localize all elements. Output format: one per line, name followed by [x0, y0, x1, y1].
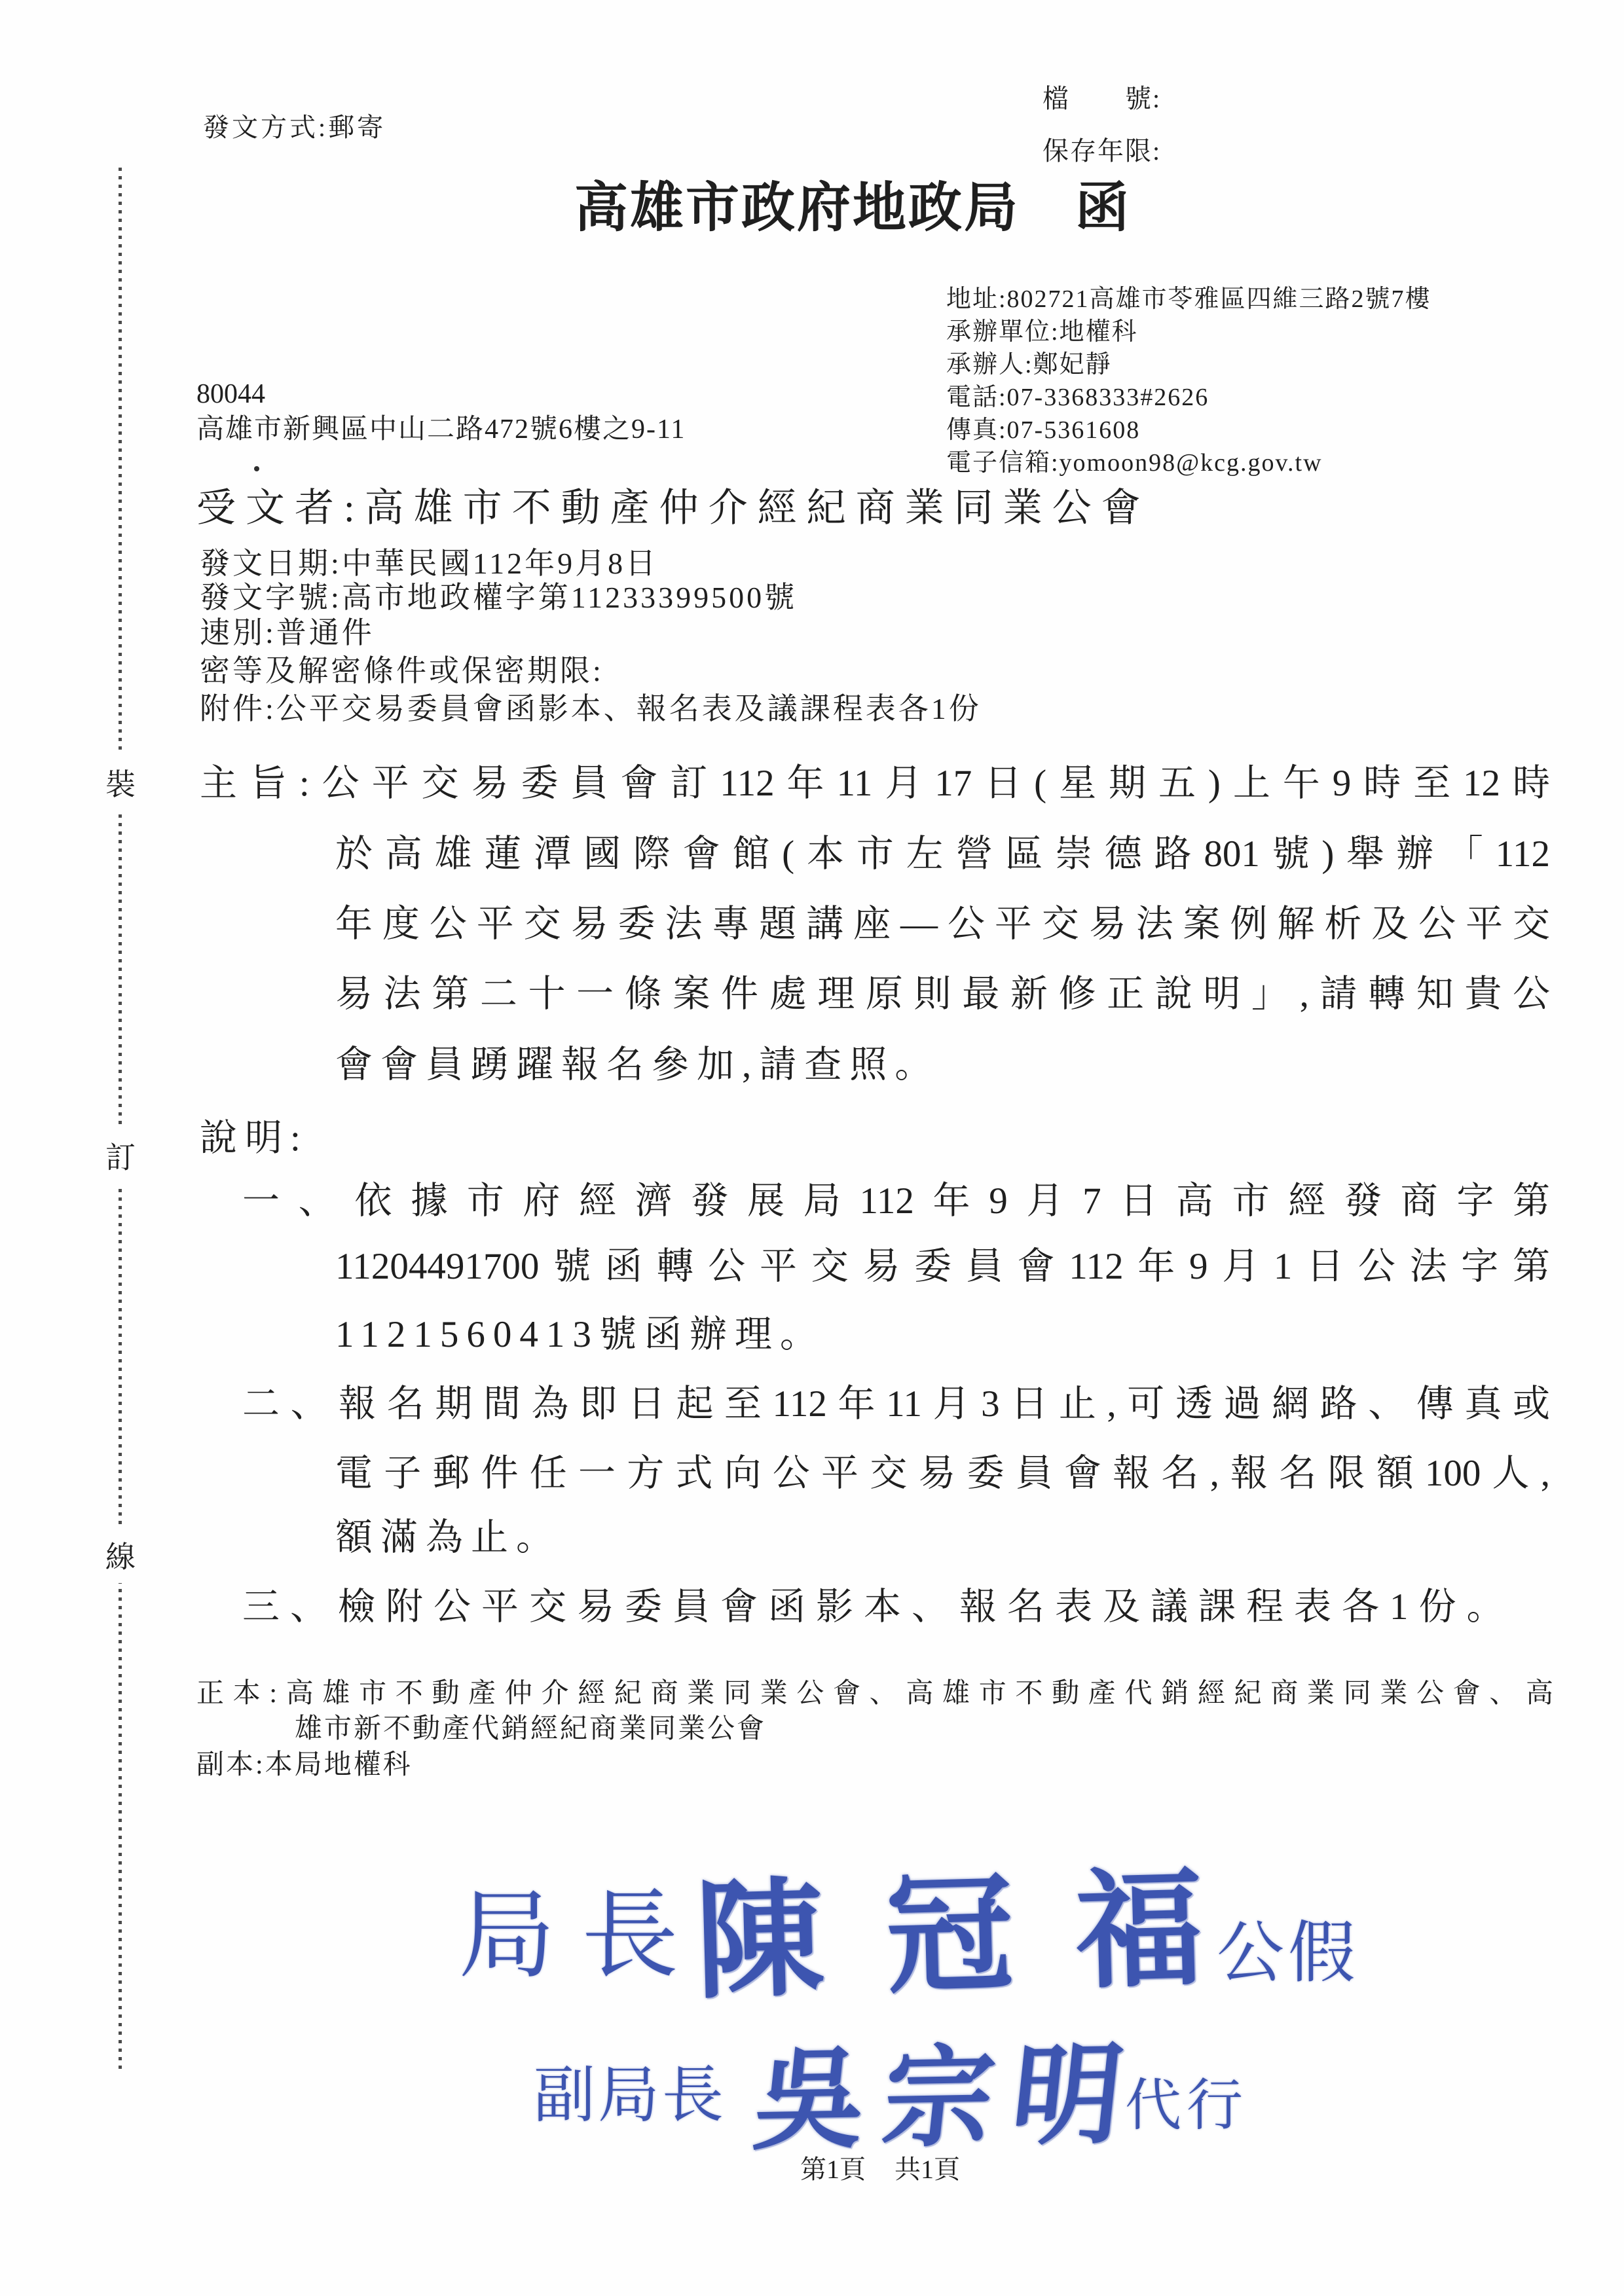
recipient-line: 受文者:高雄市不動產仲介經紀商業同業公會 — [196, 477, 1151, 533]
binding-label-zhuang: 裝 — [103, 754, 138, 811]
subject-line: 主旨:公平交易委員會訂112年11月17日(星期五)上午9時至12時 — [200, 753, 1550, 807]
sender-contact-block: 地址:802721高雄市苓雅區四維三路2號7樓 承辦單位:地權科 承辦人:鄭妃靜… — [946, 283, 1431, 479]
page-total: 共1頁 — [895, 2149, 960, 2186]
explanation-label: 說明: — [200, 1108, 308, 1161]
dispatch-method: 發文方式:郵寄 — [203, 107, 386, 144]
deputy-status-note: 代行 — [1125, 2060, 1248, 2141]
explanation-line: 一、依據市府經濟發展局112年9月7日高市經發商字第 — [242, 1171, 1550, 1224]
explanation-line: 11204491700號函轉公平交易委員會112年9月1日公法字第 — [335, 1236, 1550, 1290]
sender-address: 地址:802721高雄市苓雅區四維三路2號7樓 — [946, 283, 1431, 316]
retention-period-label: 保存年限: — [1043, 130, 1161, 168]
document-title: 高雄市政府地政局 函 — [574, 165, 1131, 242]
deputy-director-signature: 吳宗明 — [748, 2007, 1151, 2171]
page-number: 第1頁 — [800, 2149, 866, 2186]
scan-artifact-dot — [254, 466, 259, 471]
sender-contact-person: 承辦人:鄭妃靜 — [946, 348, 1431, 381]
deputy-director-title: 副局長 — [534, 2045, 726, 2134]
binding-dotted-line — [119, 168, 122, 2071]
director-signature: 陳冠福 — [693, 1825, 1267, 2023]
recipient-postal-code: 80044 — [196, 378, 265, 410]
explanation-line: 額滿為止。 — [335, 1507, 561, 1561]
sender-phone: 電話:07-3368333#2626 — [946, 381, 1431, 414]
official-letter-page: 裝 訂 線 發文方式:郵寄 檔 號: 保存年限: 高雄市政府地政局 函 地址:8… — [0, 0, 1624, 2296]
binding-label-xian: 線 — [103, 1527, 138, 1583]
file-number-label: 檔 號: — [1043, 78, 1161, 115]
director-status-note: 公假 — [1217, 1899, 1359, 1995]
sender-fax: 傳真:07-5361608 — [946, 414, 1431, 446]
attachment-note: 附件:公平交易委員會函影本、報名表及議課程表各1份 — [200, 685, 982, 728]
recipient-street-address: 高雄市新興區中山二路472號6樓之9-11 — [196, 407, 686, 446]
explanation-line: 電子郵件任一方式向公平交易委員會報名,報名限額100人, — [335, 1443, 1550, 1497]
original-copy-recipients: 正本:高雄市不動產仲介經紀商業同業公會、高雄市不動產代銷經紀商業同業公會、高 — [196, 1671, 1555, 1711]
binding-label-ding: 訂 — [103, 1127, 138, 1184]
original-copy-recipients-cont: 雄市新不動產代銷經紀商業同業公會 — [295, 1707, 766, 1746]
explanation-line: 三、檢附公平交易委員會函影本、報名表及議課程表各1份。 — [242, 1576, 1515, 1630]
director-title: 局長 — [458, 1858, 705, 1997]
speed-class: 速別:普通件 — [200, 609, 375, 652]
page-footer: 第1頁 共1頁 — [800, 2149, 960, 2186]
subject-line: 會會員踴躍報名參加,請查照。 — [335, 1034, 940, 1088]
carbon-copy-recipients: 副本:本局地權科 — [196, 1743, 413, 1782]
security-class: 密等及解密條件或保密期限: — [200, 647, 604, 690]
explanation-line: 1121560413號函辦理。 — [335, 1304, 825, 1358]
subject-line: 年度公平交易委法專題講座—公平交易法案例解析及公平交 — [335, 894, 1550, 947]
subject-line: 易法第二十一條案件處理原則最新修正說明」,請轉知貴公 — [335, 964, 1550, 1017]
sender-unit: 承辦單位:地權科 — [946, 316, 1431, 348]
subject-line: 於高雄蓮潭國際會館(本市左營區崇德路801號)舉辦「112 — [335, 824, 1550, 877]
explanation-line: 二、報名期間為即日起至112年11月3日止,可透過網路、傳真或 — [242, 1374, 1550, 1427]
sender-email: 電子信箱:yomoon98@kcg.gov.tw — [946, 446, 1431, 479]
